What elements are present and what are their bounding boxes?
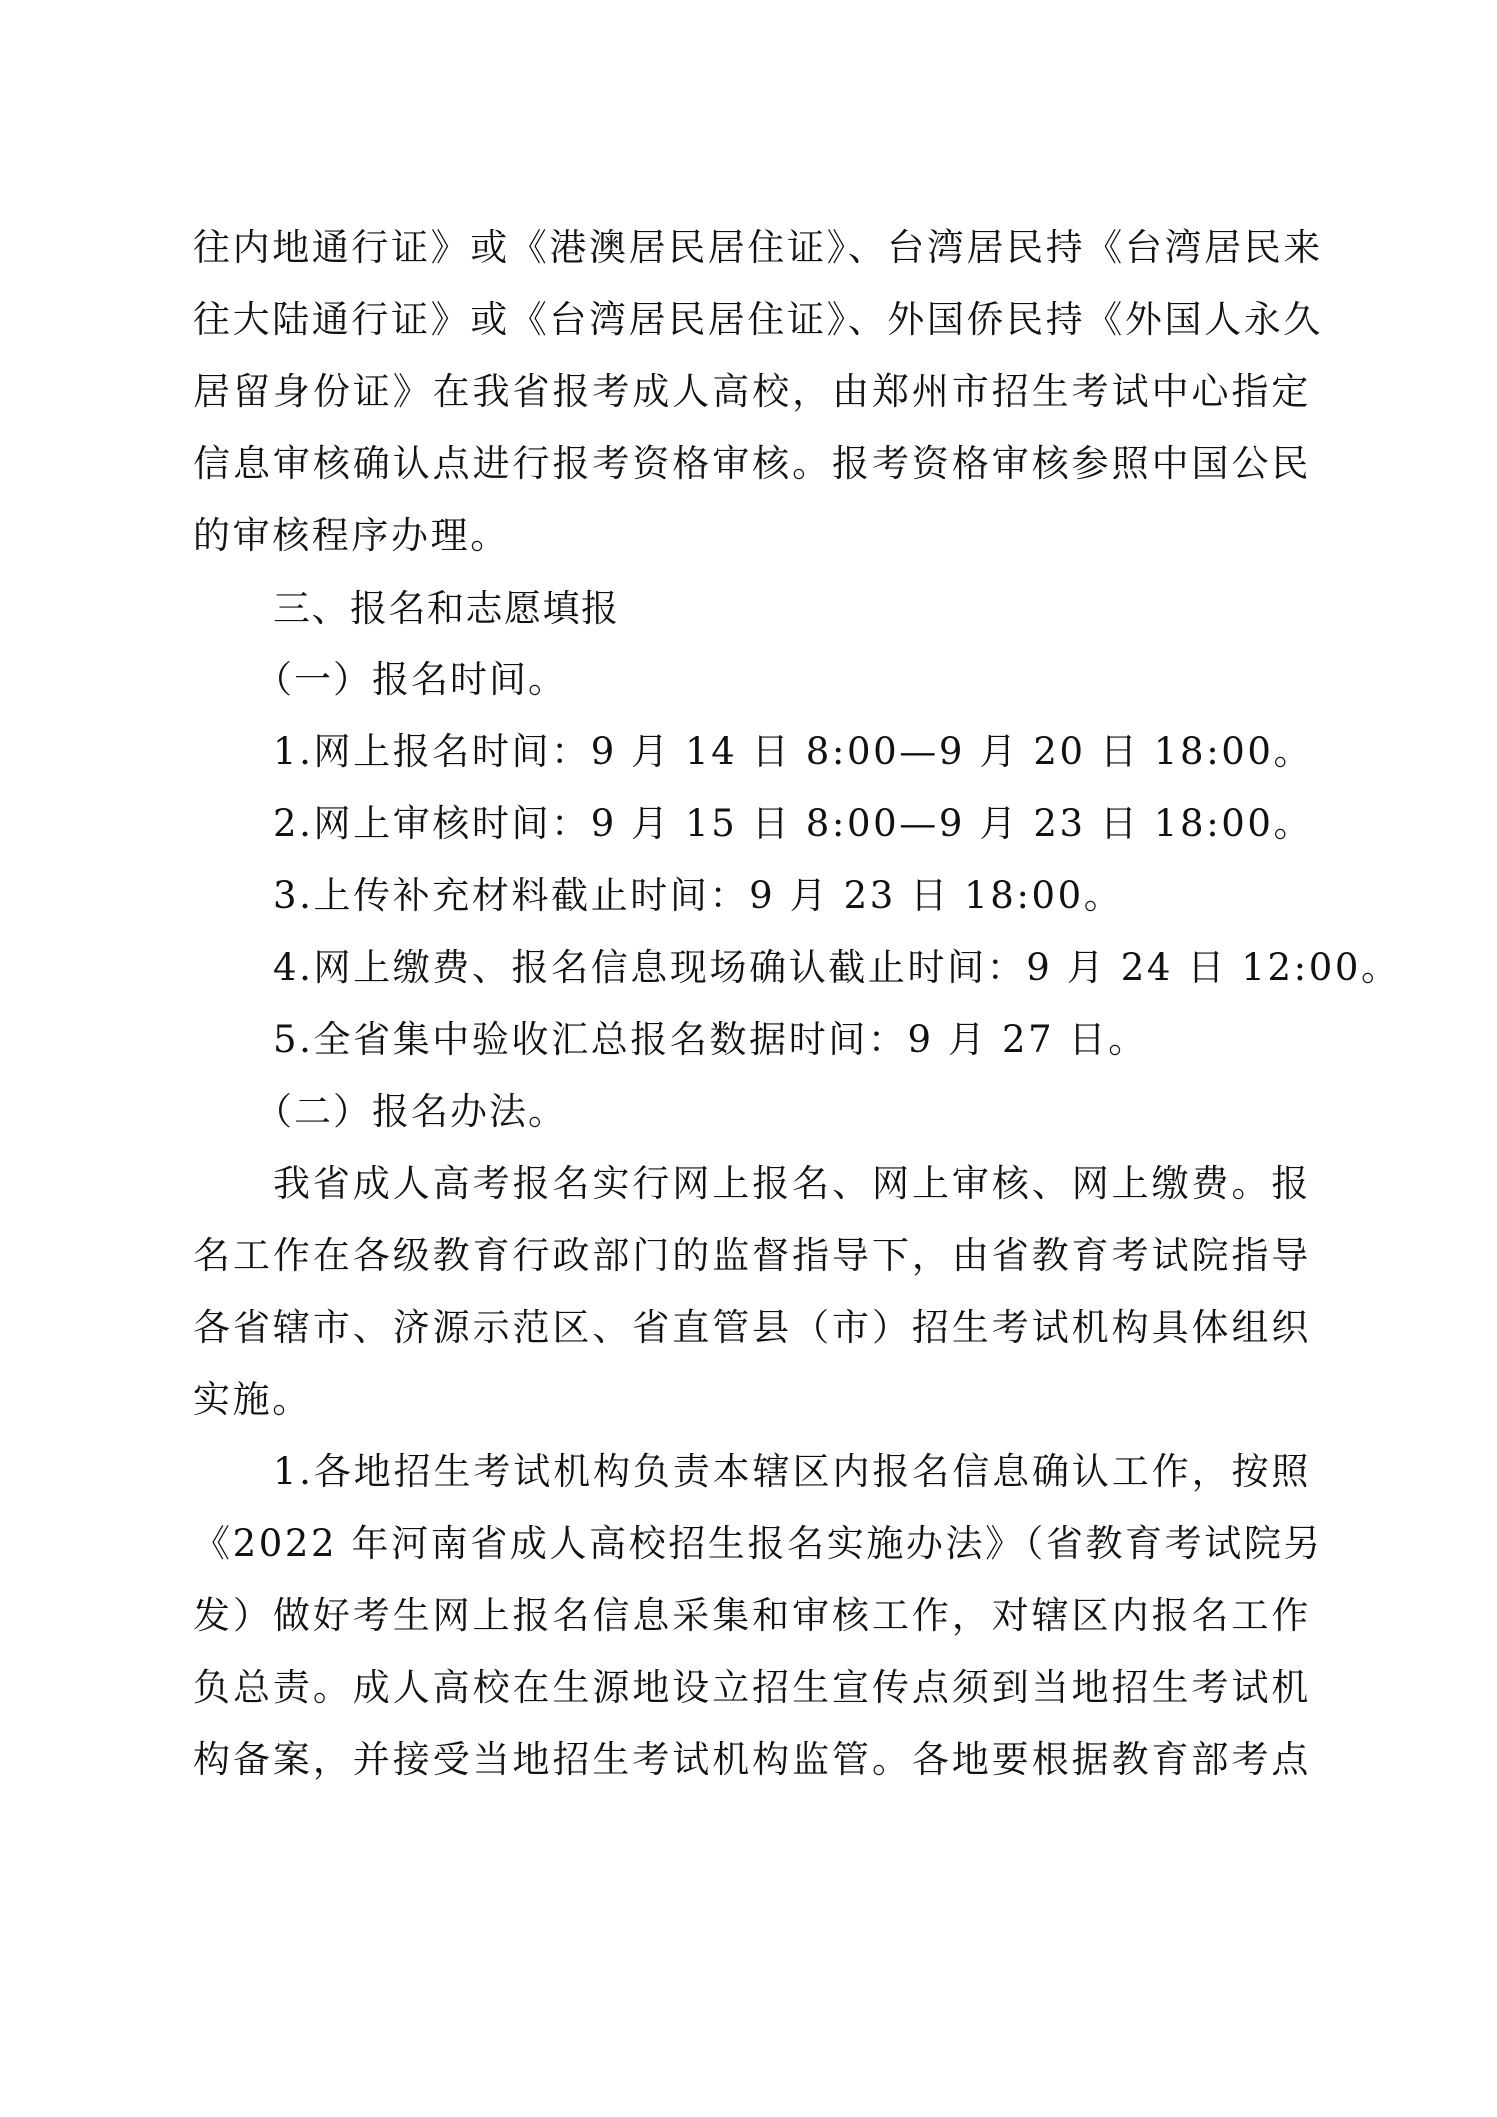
body-line: 实施。 xyxy=(193,1364,312,1436)
body-line: 负总责。成人高校在生源地设立招生宣传点须到当地招生考试机 xyxy=(193,1652,1311,1724)
body-line: 发）做好考生网上报名信息采集和审核工作，对辖区内报名工作 xyxy=(193,1580,1311,1652)
body-line: 各省辖市、济源示范区、省直管县（市）招生考试机构具体组织 xyxy=(193,1292,1311,1364)
list-item: 4.网上缴费、报名信息现场确认截止时间：9 月 24 日 12:00。 xyxy=(273,932,1401,1004)
body-line: 往大陆通行证》或《台湾居民居住证》、外国侨民持《外国人永久 xyxy=(193,284,1311,356)
list-item: 1.网上报名时间：9 月 14 日 8:00—9 月 20 日 18:00。 xyxy=(273,716,1313,788)
body-line: 往内地通行证》或《港澳居民居住证》、台湾居民持《台湾居民来 xyxy=(193,212,1311,284)
body-line: 的审核程序办理。 xyxy=(193,500,510,572)
body-line: 名工作在各级教育行政部门的监督指导下，由省教育考试院指导 xyxy=(193,1220,1311,1292)
list-item: 3.上传补充材料截止时间：9 月 23 日 18:00。 xyxy=(273,860,1123,932)
body-line: 《2022 年河南省成人高校招生报名实施办法》（省教育考试院另 xyxy=(193,1508,1311,1580)
sub-heading: （二）报名办法。 xyxy=(255,1076,567,1148)
body-line: 构备案，并接受当地招生考试机构监管。各地要根据教育部考点 xyxy=(193,1724,1311,1796)
list-item: 5.全省集中验收汇总报名数据时间：9 月 27 日。 xyxy=(273,1004,1148,1076)
body-line: 信息审核确认点进行报考资格审核。报考资格审核参照中国公民 xyxy=(193,428,1311,500)
body-line: 我省成人高考报名实行网上报名、网上审核、网上缴费。报 xyxy=(273,1148,1311,1220)
section-heading: 三、报名和志愿填报 xyxy=(273,573,620,645)
list-item: 2.网上审核时间：9 月 15 日 8:00—9 月 23 日 18:00。 xyxy=(273,788,1313,860)
body-line: 1.各地招生考试机构负责本辖区内报名信息确认工作，按照 xyxy=(273,1436,1311,1508)
sub-heading: （一）报名时间。 xyxy=(255,644,567,716)
body-line: 居留身份证》在我省报考成人高校，由郑州市招生考试中心指定 xyxy=(193,356,1311,428)
